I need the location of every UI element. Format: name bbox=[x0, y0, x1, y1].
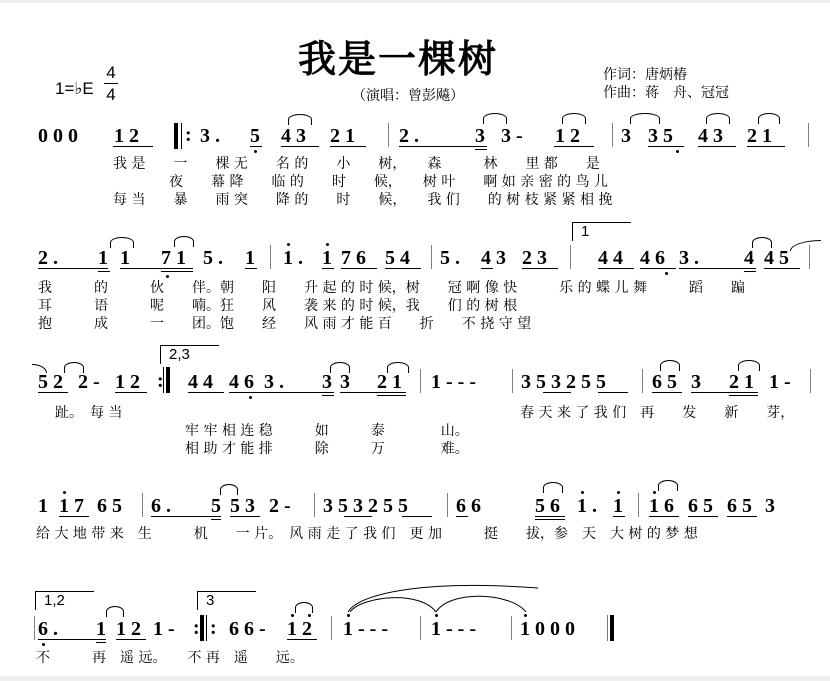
low-octave-dot bbox=[254, 150, 257, 153]
final-thick-bar bbox=[610, 615, 614, 641]
slur bbox=[562, 113, 586, 124]
singer-credit: （演唱：曾彭飚） bbox=[352, 85, 464, 105]
note-group: 1 bbox=[38, 494, 48, 518]
tie-continues bbox=[790, 240, 821, 251]
barline bbox=[612, 123, 613, 147]
note-group: 5 2 bbox=[38, 370, 63, 394]
note-group: 5 bbox=[250, 124, 260, 148]
note-group: 2 1 bbox=[330, 124, 355, 148]
note-group: 3 bbox=[691, 370, 701, 394]
barline bbox=[331, 616, 332, 640]
lyric-verse-1: 我 的 伙 伴。朝 阳 升 起 的 时 候，树 冠 啊 像 快 乐 的 蝶 儿 … bbox=[38, 280, 745, 296]
note-group: 1 2 bbox=[114, 124, 139, 148]
note-group: 2 . bbox=[38, 246, 58, 270]
underline bbox=[649, 516, 679, 517]
time-signature-bottom: 4 bbox=[104, 86, 118, 103]
note-group: 1 6 bbox=[649, 494, 674, 518]
time-signature-top: 4 bbox=[104, 64, 118, 81]
note-group: 1 - bbox=[769, 370, 791, 394]
lyric-verse-2: 耳 语 呢 喃。狂 风 袭 来 的 时 候，我 们 的 树 根 bbox=[38, 298, 517, 314]
underline bbox=[245, 268, 257, 269]
note-group: 1 - - - bbox=[431, 370, 476, 394]
underline bbox=[161, 271, 193, 272]
note-group: 2 1 bbox=[377, 370, 402, 394]
underline bbox=[729, 395, 758, 396]
slur bbox=[758, 113, 780, 124]
high-octave-dot bbox=[308, 614, 311, 617]
note-group: 1 7 bbox=[59, 494, 84, 518]
high-octave-dot bbox=[653, 491, 656, 494]
note-group: 1 bbox=[322, 246, 332, 270]
lyric-verse-2: 牢 牢 相 连 稳 如 泰 山。 bbox=[185, 423, 469, 439]
underline bbox=[322, 268, 334, 269]
underline bbox=[399, 146, 487, 147]
lyric-verse-1: 我 是 一 棵 无 名 的 小 树， 森 林 里 都 是 bbox=[113, 156, 600, 172]
high-octave-dot bbox=[435, 614, 438, 617]
note-group: 3 bbox=[475, 124, 485, 148]
lyric-verse-3: 每 当 暴 雨 突 降 的 时 候， 我 们 的 树 枝 紧 紧 相 挽 bbox=[113, 192, 613, 208]
volta-bracket: 2,3 bbox=[160, 345, 219, 364]
barline bbox=[810, 369, 811, 393]
barline bbox=[447, 493, 448, 517]
underline bbox=[535, 519, 565, 520]
note-group: 3 5 bbox=[648, 124, 673, 148]
underline bbox=[377, 395, 406, 396]
top-border bbox=[0, 0, 830, 3]
note-group: 2 1 bbox=[729, 370, 754, 394]
lyric-verse-2: 夜 幕 降 临 的 时 候， 树 叶 啊 如 亲 密 的 鸟 儿 bbox=[113, 174, 608, 190]
lyricist-credit: 作词：唐炳椿 bbox=[603, 64, 687, 84]
note-group: 1 bbox=[96, 617, 106, 641]
underline bbox=[98, 271, 110, 272]
barline bbox=[512, 369, 513, 393]
underline bbox=[402, 516, 432, 517]
note-group: 5 3 bbox=[230, 494, 255, 518]
underline bbox=[96, 642, 106, 643]
note-group: 5 4 bbox=[385, 246, 410, 270]
underline bbox=[113, 146, 153, 147]
underline bbox=[250, 146, 262, 147]
note-group: 3 bbox=[765, 494, 775, 518]
note-group: 3 5 3 2 5 5 bbox=[323, 494, 408, 518]
underline bbox=[475, 149, 487, 150]
note-group: 2 . bbox=[399, 124, 419, 148]
note-group: 2 3 bbox=[522, 246, 547, 270]
note-group: 2 - bbox=[78, 370, 100, 394]
slur bbox=[660, 360, 680, 371]
high-octave-dot bbox=[347, 614, 350, 617]
repeat-end-thin-bar bbox=[163, 367, 164, 393]
repeat-dots: : bbox=[185, 123, 192, 147]
underline bbox=[211, 519, 221, 520]
low-octave-dot bbox=[166, 275, 169, 278]
high-octave-dot bbox=[291, 614, 294, 617]
slur bbox=[288, 114, 312, 125]
barline bbox=[511, 616, 512, 640]
lyric-verse-3: 抱 成 一 团。饱 经 风 雨 才 能 百 折 不 挠 守 望 bbox=[38, 316, 531, 332]
note-group: 6 6 bbox=[456, 494, 481, 518]
barline bbox=[314, 493, 315, 517]
underline bbox=[543, 392, 571, 393]
note-group: 3 bbox=[322, 370, 332, 394]
lyric-line: 给 大 地 带 来 生 机 一 片。 风 雨 走 了 我 们 更 加 挺 拔，参… bbox=[36, 526, 698, 542]
note-group: 6 . bbox=[38, 617, 58, 641]
barline bbox=[809, 245, 810, 269]
song-title: 我是一棵树 bbox=[298, 28, 498, 83]
underline bbox=[688, 516, 718, 517]
slur bbox=[752, 237, 772, 248]
lyric-chorus: 春 天 来 了 我 们 再 发 新 芽， bbox=[520, 405, 794, 421]
note-group: 5 bbox=[211, 494, 221, 518]
underline bbox=[344, 516, 372, 517]
time-signature: 4 4 bbox=[104, 64, 118, 103]
note-group: 1 - - - bbox=[431, 617, 476, 641]
note-group: 1 - bbox=[153, 617, 175, 641]
lyric-verse-3: 相 助 才 能 排 除 万 难。 bbox=[185, 441, 469, 457]
underline bbox=[554, 146, 594, 147]
key-signature: 1=♭E bbox=[55, 79, 94, 99]
note-group: 6 6 - bbox=[229, 617, 266, 641]
barline bbox=[431, 245, 432, 269]
note-group: 1 bbox=[613, 494, 623, 518]
underline bbox=[648, 146, 684, 147]
barline bbox=[808, 123, 809, 147]
underline bbox=[522, 268, 558, 269]
underline bbox=[481, 268, 493, 269]
composer-credit: 作曲：蒋 舟、冠冠 bbox=[603, 82, 729, 102]
note-group: 4 bbox=[744, 246, 754, 270]
note-group: 6 . bbox=[151, 494, 171, 518]
volta-bracket: 1 bbox=[572, 222, 631, 241]
note-group: 1 . bbox=[283, 246, 303, 270]
underline bbox=[115, 392, 147, 393]
underline bbox=[613, 516, 625, 517]
underline bbox=[698, 146, 736, 147]
low-octave-dot bbox=[665, 272, 668, 275]
note-group: 4 3 bbox=[698, 124, 723, 148]
slur bbox=[738, 360, 760, 371]
high-octave-dot bbox=[63, 491, 66, 494]
underline bbox=[281, 146, 319, 147]
note-group: 3 . bbox=[200, 124, 220, 148]
note-group: 1 2 bbox=[287, 617, 312, 641]
barline bbox=[34, 616, 35, 640]
note-group: 3 . bbox=[679, 246, 699, 270]
note-group: 1 2 bbox=[116, 617, 141, 641]
note-group: 5 . bbox=[440, 246, 460, 270]
note-group: 3 bbox=[340, 370, 350, 394]
barline bbox=[642, 369, 643, 393]
note-group: 6 5 bbox=[727, 494, 752, 518]
note-group: 6 5 bbox=[97, 494, 122, 518]
underline bbox=[535, 516, 565, 517]
note-group: 4 4 bbox=[598, 246, 623, 270]
note-group: 1 bbox=[98, 246, 108, 270]
high-octave-dot bbox=[524, 614, 527, 617]
note-group: 4 4 bbox=[188, 370, 213, 394]
slur bbox=[387, 362, 409, 373]
note-group: 7 6 bbox=[341, 246, 366, 270]
note-group: 1 bbox=[245, 246, 255, 270]
underline bbox=[652, 392, 682, 393]
underline bbox=[598, 268, 634, 269]
underline bbox=[456, 516, 468, 517]
note-group: 4 5 bbox=[764, 246, 789, 270]
underline bbox=[59, 516, 89, 517]
barline bbox=[270, 245, 271, 269]
note-group: 1 . bbox=[577, 494, 597, 518]
repeat-start-thick-bar bbox=[174, 123, 178, 149]
note-group: 3 5 3 2 5 5 bbox=[521, 370, 606, 394]
underline bbox=[322, 395, 334, 396]
note-group: 1 2 bbox=[115, 370, 140, 394]
note-group: 4 3 bbox=[481, 246, 506, 270]
note-group: 6 5 bbox=[688, 494, 713, 518]
underline bbox=[188, 392, 224, 393]
underline bbox=[38, 392, 68, 393]
repeat-thick-bar bbox=[200, 615, 204, 641]
tie bbox=[483, 113, 507, 124]
underline bbox=[747, 146, 785, 147]
note-group: 3 . bbox=[264, 370, 284, 394]
repeat-dots: : bbox=[210, 616, 217, 640]
lyric-verse-1: 趾。 每 当 bbox=[55, 405, 122, 421]
note-group: 7 1 bbox=[161, 246, 186, 270]
underline bbox=[727, 516, 757, 517]
repeat-dots: : bbox=[193, 616, 200, 640]
high-octave-dot bbox=[617, 491, 620, 494]
barline bbox=[420, 369, 421, 393]
underline bbox=[385, 268, 421, 269]
note-group: 2 1 bbox=[747, 124, 772, 148]
note-group: 4 6 bbox=[229, 370, 254, 394]
high-octave-dot bbox=[287, 243, 290, 246]
final-thin-bar bbox=[607, 615, 608, 641]
underline bbox=[116, 639, 146, 640]
slur bbox=[295, 602, 313, 613]
lyric-line: 不 再 遥 远。 不 再 遥 远。 bbox=[36, 650, 304, 666]
time-signature-bar bbox=[104, 83, 118, 84]
low-octave-dot bbox=[249, 396, 252, 399]
note-group: 4 3 bbox=[281, 124, 306, 148]
underline bbox=[640, 268, 676, 269]
note-group: 4 6 bbox=[640, 246, 665, 270]
note-group: 1 2 bbox=[555, 124, 580, 148]
barline bbox=[420, 616, 421, 640]
note-group: 3 - bbox=[501, 124, 523, 148]
high-octave-dot bbox=[326, 243, 329, 246]
repeat-end-thick-bar bbox=[166, 367, 170, 393]
note-group: 5 . bbox=[203, 246, 223, 270]
note-group: 1 - - - bbox=[343, 617, 388, 641]
repeat-thin-bar bbox=[206, 615, 207, 641]
underline bbox=[287, 639, 317, 640]
underline bbox=[764, 268, 800, 269]
slur bbox=[174, 236, 194, 247]
slur bbox=[706, 113, 730, 124]
low-octave-dot bbox=[676, 150, 679, 153]
high-octave-dot bbox=[581, 491, 584, 494]
note-group: 0 0 0 bbox=[38, 124, 78, 148]
long-tie-arcs bbox=[340, 582, 540, 614]
barline bbox=[388, 123, 389, 147]
slur bbox=[658, 480, 678, 491]
note-group: 5 6 bbox=[535, 494, 560, 518]
slur bbox=[543, 482, 563, 493]
underline bbox=[341, 268, 377, 269]
note-group: 1 0 0 0 bbox=[520, 617, 575, 641]
slur bbox=[630, 113, 660, 124]
note-group: 2 - bbox=[269, 494, 291, 518]
barline bbox=[142, 493, 143, 517]
barline bbox=[638, 493, 639, 517]
volta-bracket: 3 bbox=[197, 591, 256, 610]
note-group: 6 5 bbox=[652, 370, 677, 394]
underline bbox=[744, 271, 756, 272]
note-group: 1 bbox=[120, 246, 130, 270]
volta-bracket: 1,2 bbox=[35, 591, 94, 610]
underline bbox=[230, 516, 260, 517]
underline bbox=[330, 146, 366, 147]
underline bbox=[598, 392, 628, 393]
repeat-start-thin-bar bbox=[181, 123, 182, 149]
bottom-border bbox=[0, 676, 830, 681]
low-octave-dot bbox=[42, 643, 45, 646]
barline bbox=[570, 245, 571, 269]
underline bbox=[229, 392, 265, 393]
note-group: 3 bbox=[621, 124, 631, 148]
tie bbox=[106, 606, 124, 617]
